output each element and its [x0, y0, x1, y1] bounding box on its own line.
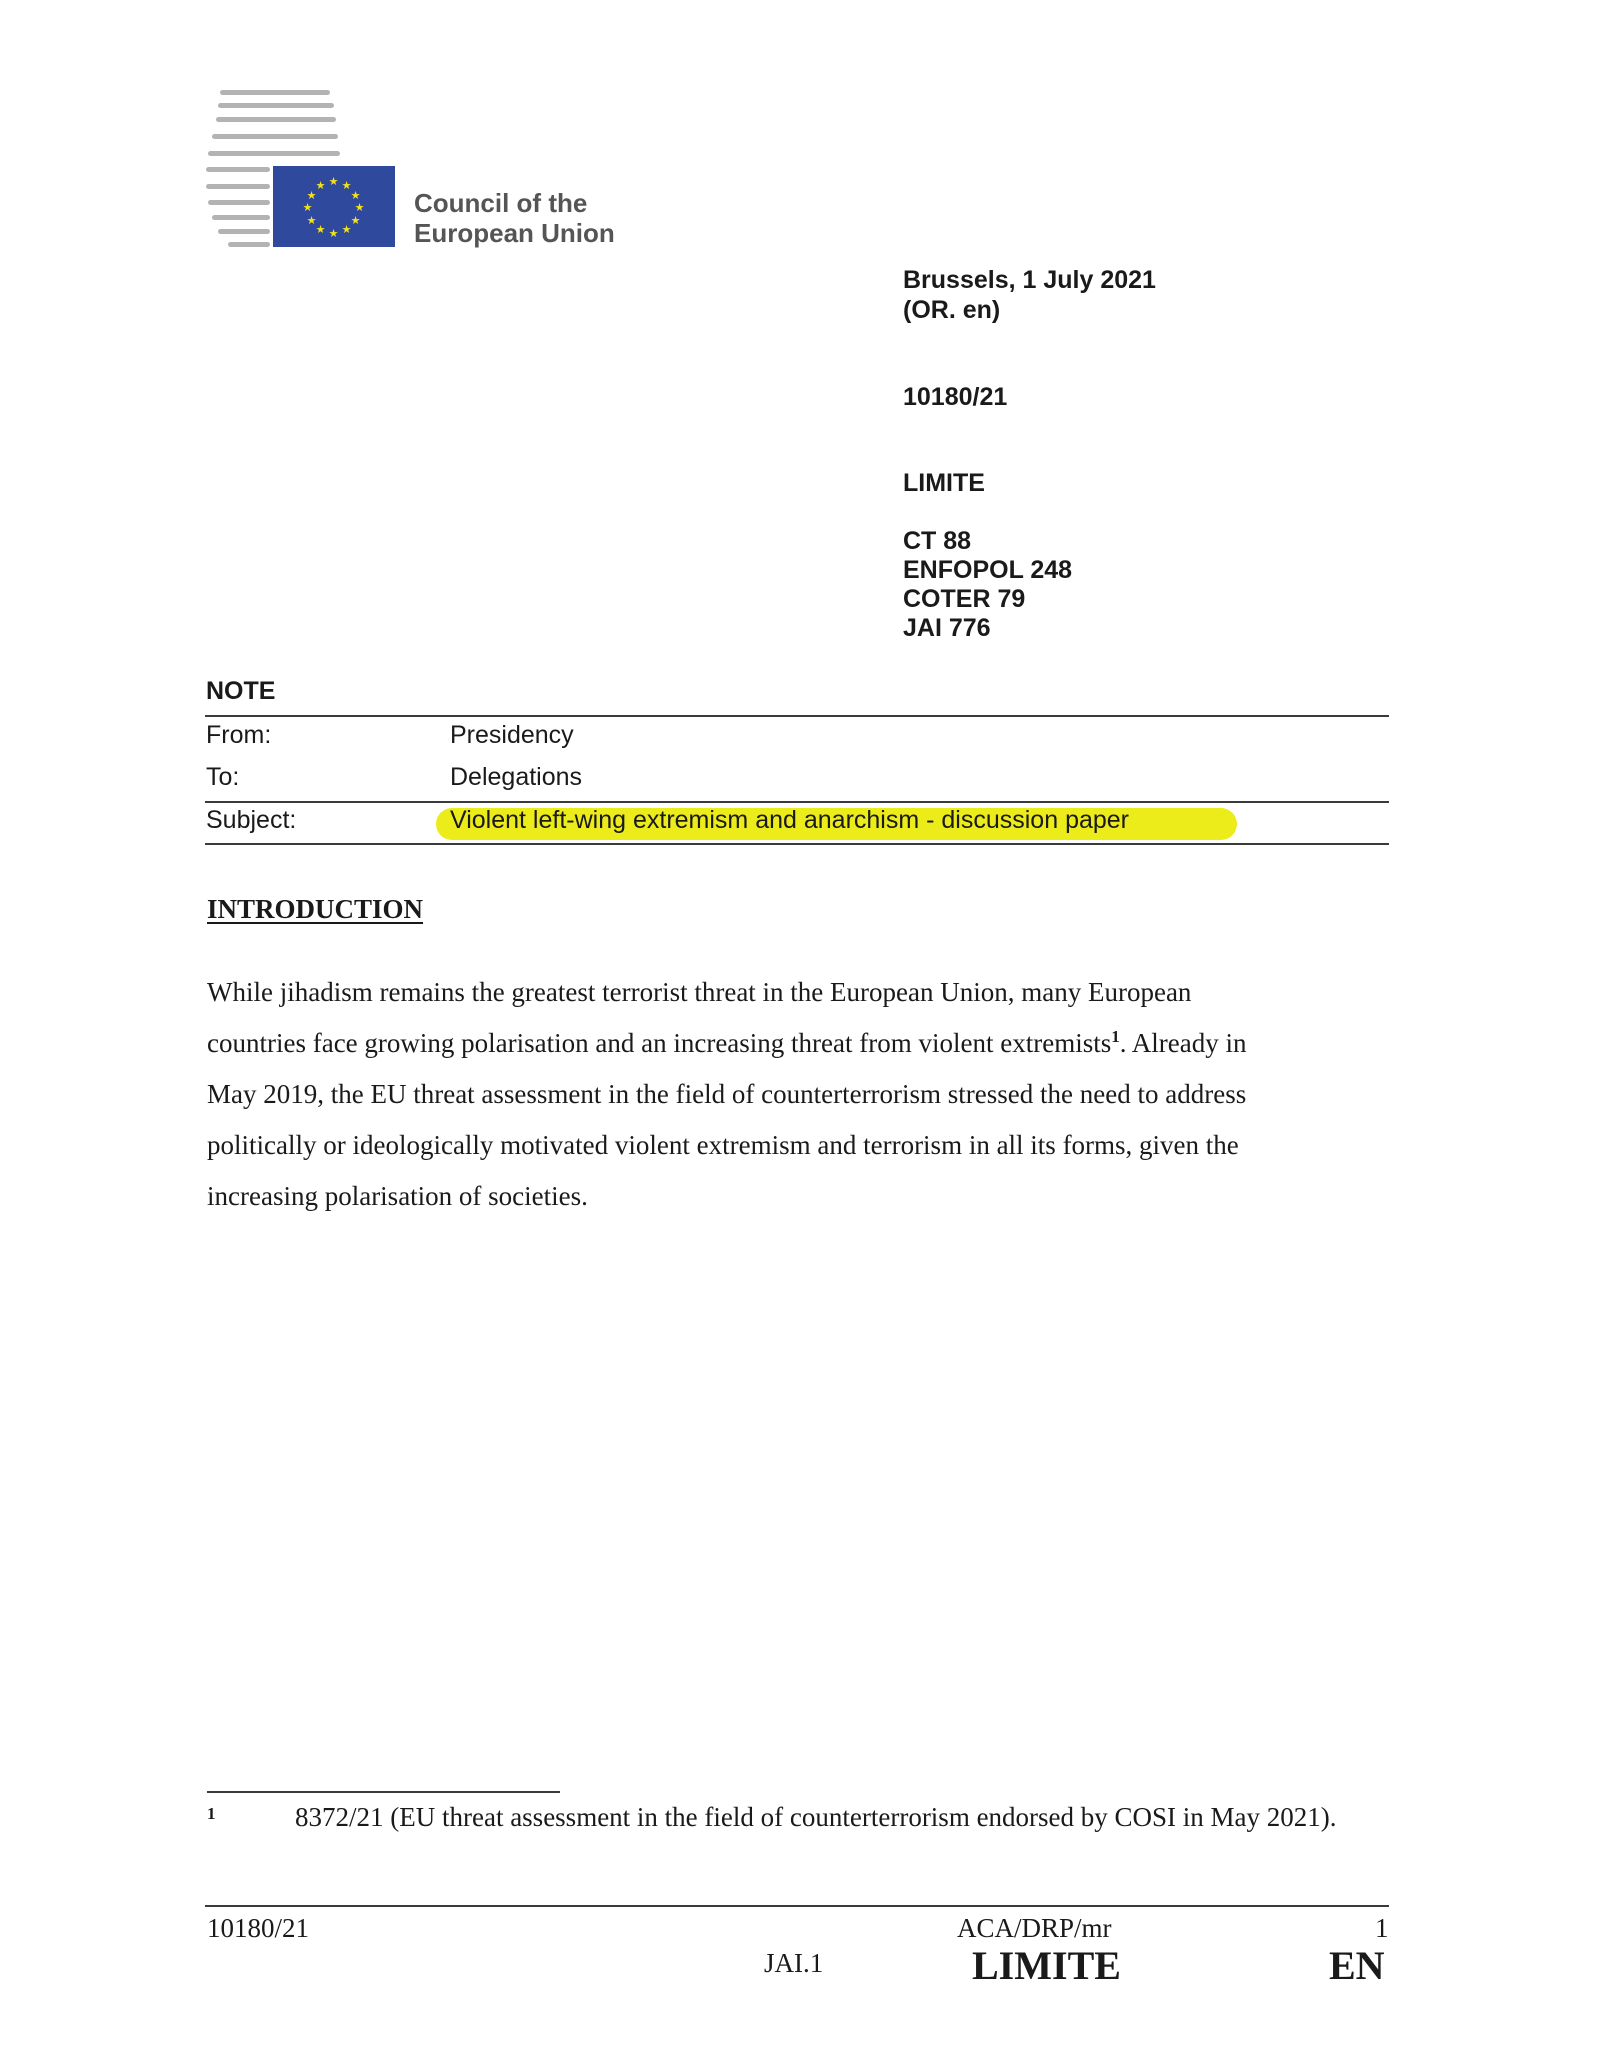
- code-enfopol: ENFOPOL 248: [903, 555, 1072, 585]
- place-date: Brussels, 1 July 2021: [903, 265, 1156, 295]
- organization-name-line2: European Union: [414, 218, 615, 248]
- from-label: From:: [206, 720, 271, 750]
- footer-rule: [205, 1905, 1389, 1907]
- note-bottom-rule: [205, 843, 1389, 845]
- footnote-reference[interactable]: 1: [1111, 1027, 1120, 1046]
- footer-language: EN: [1329, 1944, 1385, 1988]
- footer-directorate: JAI.1: [764, 1948, 823, 1978]
- paragraph-line-text: countries face growing polarisation and …: [207, 1028, 1111, 1058]
- paragraph-line: increasing polarisation of societies.: [207, 1171, 1397, 1222]
- footer-classification: LIMITE: [972, 1944, 1121, 1988]
- to-value: Delegations: [450, 762, 582, 792]
- paragraph-line: countries face growing polarisation and …: [207, 1018, 1397, 1069]
- subject-value: Violent left-wing extremism and anarchis…: [450, 805, 1129, 835]
- paragraph-line: While jihadism remains the greatest terr…: [207, 967, 1397, 1018]
- to-label: To:: [206, 762, 239, 792]
- organization-name-line1: Council of the: [414, 188, 615, 218]
- code-jai: JAI 776: [903, 613, 991, 643]
- organization-name: Council of the European Union: [414, 188, 615, 248]
- footer-document-number: 10180/21: [207, 1913, 309, 1943]
- classification-marking: LIMITE: [903, 468, 985, 498]
- paragraph-line: May 2019, the EU threat assessment in th…: [207, 1069, 1397, 1120]
- document-number: 10180/21: [903, 382, 1007, 412]
- paragraph-line: politically or ideologically motivated v…: [207, 1120, 1397, 1171]
- section-heading: INTRODUCTION: [207, 893, 423, 925]
- note-title: NOTE: [206, 676, 275, 706]
- eu-flag-icon: ★ ★ ★ ★ ★ ★ ★ ★ ★ ★ ★ ★: [273, 166, 395, 247]
- footer-page-number: 1: [1375, 1913, 1389, 1943]
- paragraph-line-text: . Already in: [1120, 1028, 1247, 1058]
- code-ct: CT 88: [903, 526, 971, 556]
- footer-initials: ACA/DRP/mr: [957, 1913, 1112, 1943]
- introduction-paragraph: While jihadism remains the greatest terr…: [207, 967, 1397, 1222]
- code-coter: COTER 79: [903, 584, 1025, 614]
- note-middle-rule: [205, 801, 1389, 803]
- note-top-rule: [205, 715, 1389, 717]
- footnote-number: 1: [207, 1804, 216, 1824]
- footnote-separator: [207, 1791, 560, 1793]
- from-value: Presidency: [450, 720, 574, 750]
- subject-label: Subject:: [206, 805, 296, 835]
- original-language: (OR. en): [903, 295, 1000, 325]
- footnote-text: 8372/21 (EU threat assessment in the fie…: [295, 1802, 1375, 1832]
- council-logo: ★ ★ ★ ★ ★ ★ ★ ★ ★ ★ ★ ★ Council of the E…: [200, 80, 630, 260]
